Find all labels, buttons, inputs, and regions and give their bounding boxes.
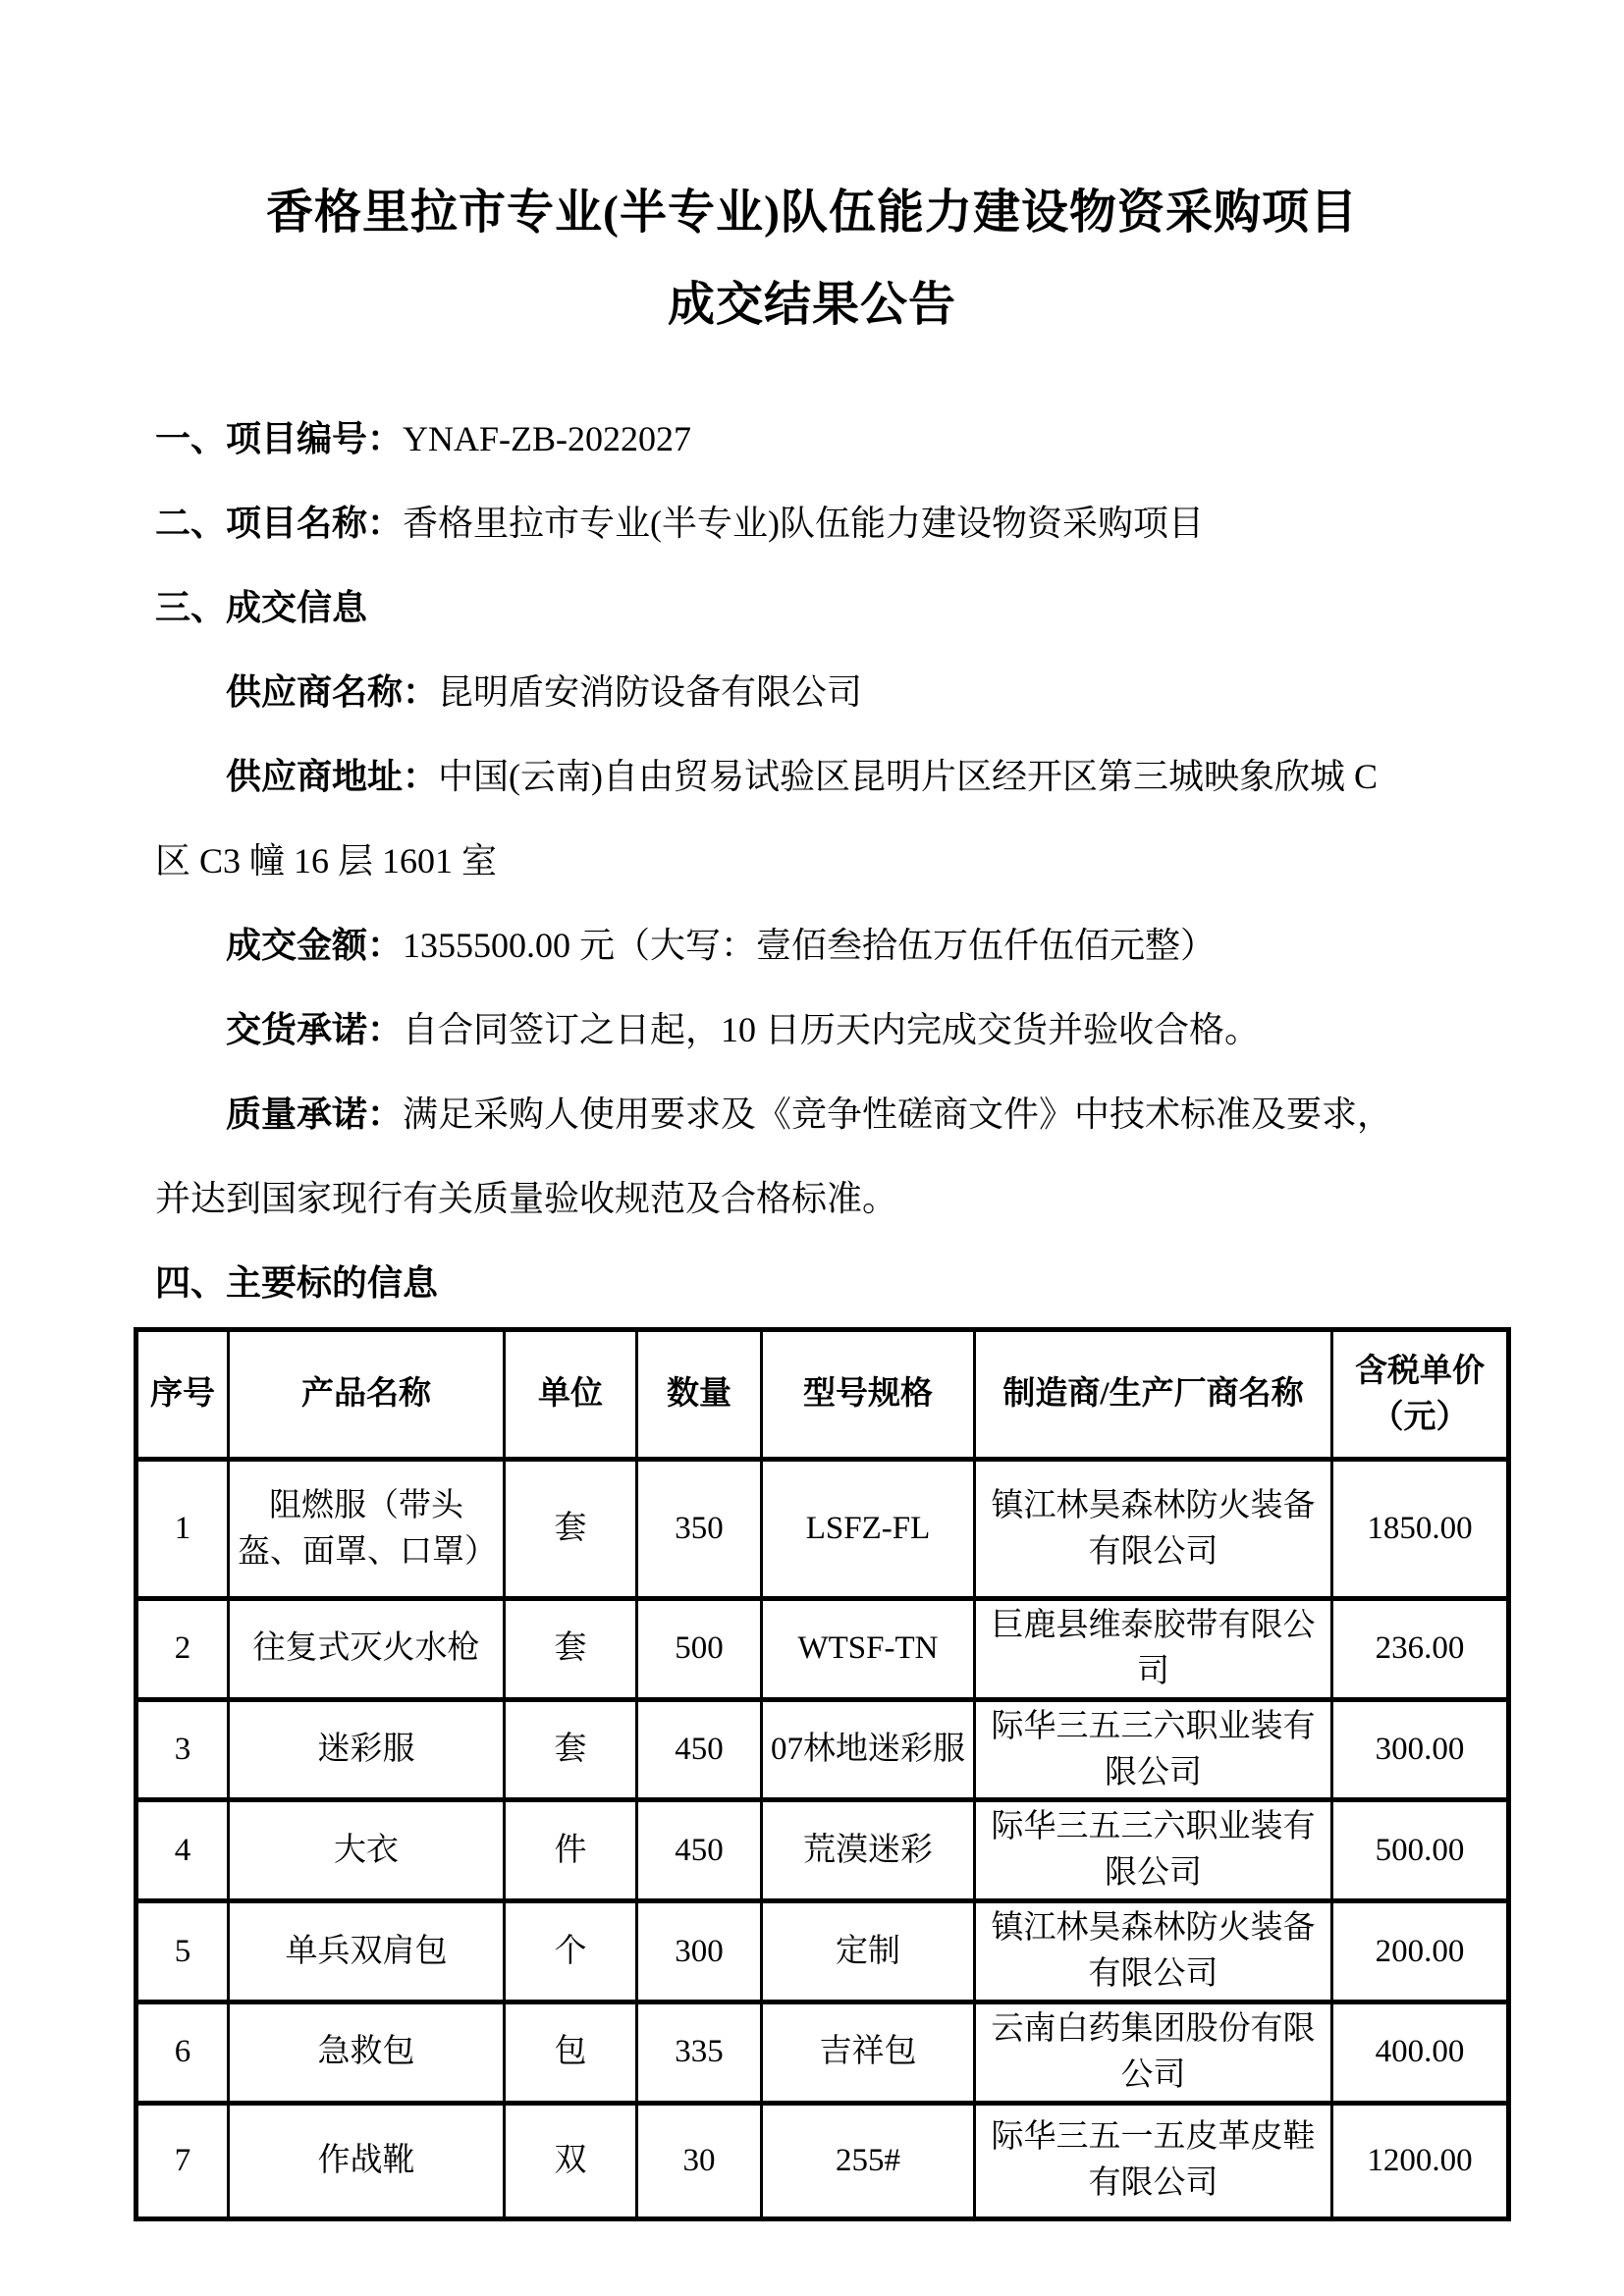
table-row-1: 1 阻燃服（带头盔、面罩、口罩） 套 350 LSFZ-FL 镇江林昊森林防火装… <box>136 1460 1509 1599</box>
cell-index: 4 <box>136 1800 229 1901</box>
cell-manufacturer: 镇江林昊森林防火装备有限公司 <box>975 1901 1332 2002</box>
table-row-4: 4 大衣 件 450 荒漠迷彩 际华三五三六职业装有限公司 500.00 <box>136 1800 1509 1901</box>
cell-unit-price: 1850.00 <box>1332 1460 1509 1599</box>
cell-index: 5 <box>136 1901 229 2002</box>
delivery-commitment-label: 交货承诺： <box>226 1010 403 1049</box>
document-title: 香格里拉市专业(半专业)队伍能力建设物资采购项目 成交结果公告 <box>155 167 1469 351</box>
document-title-line1: 香格里拉市专业(半专业)队伍能力建设物资采购项目 <box>155 167 1469 259</box>
col-header-product-name: 产品名称 <box>229 1330 505 1460</box>
cell-quantity: 30 <box>637 2103 762 2218</box>
cell-unit: 套 <box>505 1699 637 1800</box>
items-table: 序号 产品名称 单位 数量 型号规格 制造商/生产厂商名称 含税单价 （元） 1… <box>134 1327 1511 2221</box>
quality-commitment-continuation: 并达到国家现行有关质量验收规范及合格标准。 <box>155 1156 1469 1241</box>
col-header-unit: 单位 <box>505 1330 637 1460</box>
table-row-3: 3 迷彩服 套 450 07林地迷彩服 际华三五三六职业装有限公司 300.00 <box>136 1699 1509 1800</box>
cell-product-name: 大衣 <box>229 1800 505 1901</box>
quality-commitment-value2: 并达到国家现行有关质量验收规范及合格标准。 <box>155 1179 897 1218</box>
table-row-2: 2 往复式灭火水枪 套 500 WTSF-TN 巨鹿县维泰胶带有限公司 236.… <box>136 1599 1509 1700</box>
project-name-line: 二、项目名称：香格里拉市专业(半专业)队伍能力建设物资采购项目 <box>155 481 1469 565</box>
cell-product-name: 迷彩服 <box>229 1699 505 1800</box>
cell-quantity: 450 <box>637 1699 762 1800</box>
document-body: 一、项目编号：YNAF-ZB-2022027 二、项目名称：香格里拉市专业(半专… <box>155 397 1469 1325</box>
award-amount-line: 成交金额：1355500.00 元（大写：壹佰叁拾伍万伍仟伍佰元整） <box>155 903 1469 988</box>
supplier-address-continuation: 区 C3 幢 16 层 1601 室 <box>155 819 1469 903</box>
document-content: 香格里拉市专业(半专业)队伍能力建设物资采购项目 成交结果公告 一、项目编号：Y… <box>0 0 1624 2221</box>
delivery-commitment-value: 自合同签订之日起，10 日历天内完成交货并验收合格。 <box>403 1010 1260 1049</box>
document-page: 香格里拉市专业(半专业)队伍能力建设物资采购项目 成交结果公告 一、项目编号：Y… <box>0 0 1624 2296</box>
cell-manufacturer: 云南白药集团股份有限公司 <box>975 2002 1332 2103</box>
cell-index: 7 <box>136 2103 229 2218</box>
main-items-heading-label: 四、主要标的信息 <box>155 1263 438 1303</box>
cell-index: 1 <box>136 1460 229 1599</box>
col-header-model-spec: 型号规格 <box>762 1330 975 1460</box>
main-items-heading: 四、主要标的信息 <box>155 1241 1469 1325</box>
cell-model-spec: 定制 <box>762 1901 975 2002</box>
items-table-body: 1 阻燃服（带头盔、面罩、口罩） 套 350 LSFZ-FL 镇江林昊森林防火装… <box>136 1460 1509 2219</box>
cell-unit-price: 300.00 <box>1332 1699 1509 1800</box>
cell-quantity: 450 <box>637 1800 762 1901</box>
cell-unit-price: 1200.00 <box>1332 2103 1509 2218</box>
project-name-label: 二、项目名称： <box>155 504 403 543</box>
supplier-name-line: 供应商名称：昆明盾安消防设备有限公司 <box>155 650 1469 734</box>
cell-quantity: 500 <box>637 1599 762 1700</box>
col-header-unit-price: 含税单价 （元） <box>1332 1330 1509 1460</box>
cell-product-name: 阻燃服（带头盔、面罩、口罩） <box>229 1460 505 1599</box>
supplier-name-value: 昆明盾安消防设备有限公司 <box>438 672 862 712</box>
table-row-6: 6 急救包 包 335 吉祥包 云南白药集团股份有限公司 400.00 <box>136 2002 1509 2103</box>
supplier-address-value2: 区 C3 幢 16 层 1601 室 <box>155 841 497 881</box>
award-amount-label: 成交金额： <box>226 926 403 965</box>
table-row-7: 7 作战靴 双 30 255# 际华三五一五皮革皮鞋有限公司 1200.00 <box>136 2103 1509 2218</box>
quality-commitment-label: 质量承诺： <box>226 1095 403 1134</box>
cell-unit: 双 <box>505 2103 637 2218</box>
cell-product-name: 作战靴 <box>229 2103 505 2218</box>
cell-unit: 套 <box>505 1599 637 1700</box>
award-info-heading-label: 三、成交信息 <box>155 588 367 627</box>
cell-model-spec: LSFZ-FL <box>762 1460 975 1599</box>
cell-manufacturer: 际华三五三六职业装有限公司 <box>975 1699 1332 1800</box>
delivery-commitment-line: 交货承诺：自合同签订之日起，10 日历天内完成交货并验收合格。 <box>155 988 1469 1072</box>
quality-commitment-line: 质量承诺：满足采购人使用要求及《竞争性磋商文件》中技术标准及要求， <box>155 1072 1469 1156</box>
cell-unit-price: 400.00 <box>1332 2002 1509 2103</box>
cell-quantity: 350 <box>637 1460 762 1599</box>
col-header-quantity: 数量 <box>637 1330 762 1460</box>
cell-manufacturer: 际华三五三六职业装有限公司 <box>975 1800 1332 1901</box>
cell-manufacturer: 镇江林昊森林防火装备有限公司 <box>975 1460 1332 1599</box>
quality-commitment-value: 满足采购人使用要求及《竞争性磋商文件》中技术标准及要求， <box>403 1095 1392 1134</box>
cell-unit: 个 <box>505 1901 637 2002</box>
cell-quantity: 300 <box>637 1901 762 2002</box>
cell-model-spec: 吉祥包 <box>762 2002 975 2103</box>
supplier-address-line: 供应商地址：中国(云南)自由贸易试验区昆明片区经开区第三城映象欣城 C <box>155 734 1469 819</box>
cell-model-spec: 07林地迷彩服 <box>762 1699 975 1800</box>
cell-product-name: 急救包 <box>229 2002 505 2103</box>
cell-manufacturer: 际华三五一五皮革皮鞋有限公司 <box>975 2103 1332 2218</box>
cell-unit: 套 <box>505 1460 637 1599</box>
supplier-address-value: 中国(云南)自由贸易试验区昆明片区经开区第三城映象欣城 C <box>438 757 1378 796</box>
supplier-address-label: 供应商地址： <box>226 757 438 796</box>
cell-unit: 件 <box>505 1800 637 1901</box>
cell-model-spec: WTSF-TN <box>762 1599 975 1700</box>
project-number-line: 一、项目编号：YNAF-ZB-2022027 <box>155 397 1469 481</box>
project-number-value: YNAF-ZB-2022027 <box>403 419 691 458</box>
award-amount-value: 1355500.00 元（大写：壹佰叁拾伍万伍仟伍佰元整） <box>403 926 1216 965</box>
cell-unit-price: 236.00 <box>1332 1599 1509 1700</box>
supplier-name-label: 供应商名称： <box>226 672 438 712</box>
cell-unit: 包 <box>505 2002 637 2103</box>
cell-model-spec: 荒漠迷彩 <box>762 1800 975 1901</box>
cell-manufacturer: 巨鹿县维泰胶带有限公司 <box>975 1599 1332 1700</box>
col-header-manufacturer: 制造商/生产厂商名称 <box>975 1330 1332 1460</box>
project-number-label: 一、项目编号： <box>155 419 403 458</box>
cell-index: 6 <box>136 2002 229 2103</box>
col-header-index: 序号 <box>136 1330 229 1460</box>
header-row: 序号 产品名称 单位 数量 型号规格 制造商/生产厂商名称 含税单价 （元） <box>136 1330 1509 1460</box>
document-title-line2: 成交结果公告 <box>155 259 1469 351</box>
cell-unit-price: 200.00 <box>1332 1901 1509 2002</box>
cell-product-name: 单兵双肩包 <box>229 1901 505 2002</box>
cell-index: 2 <box>136 1599 229 1700</box>
cell-index: 3 <box>136 1699 229 1800</box>
items-table-header: 序号 产品名称 单位 数量 型号规格 制造商/生产厂商名称 含税单价 （元） <box>136 1330 1509 1460</box>
award-info-heading: 三、成交信息 <box>155 565 1469 650</box>
cell-quantity: 335 <box>637 2002 762 2103</box>
cell-unit-price: 500.00 <box>1332 1800 1509 1901</box>
table-row-5: 5 单兵双肩包 个 300 定制 镇江林昊森林防火装备有限公司 200.00 <box>136 1901 1509 2002</box>
cell-model-spec: 255# <box>762 2103 975 2218</box>
project-name-value: 香格里拉市专业(半专业)队伍能力建设物资采购项目 <box>403 504 1204 543</box>
cell-product-name: 往复式灭火水枪 <box>229 1599 505 1700</box>
